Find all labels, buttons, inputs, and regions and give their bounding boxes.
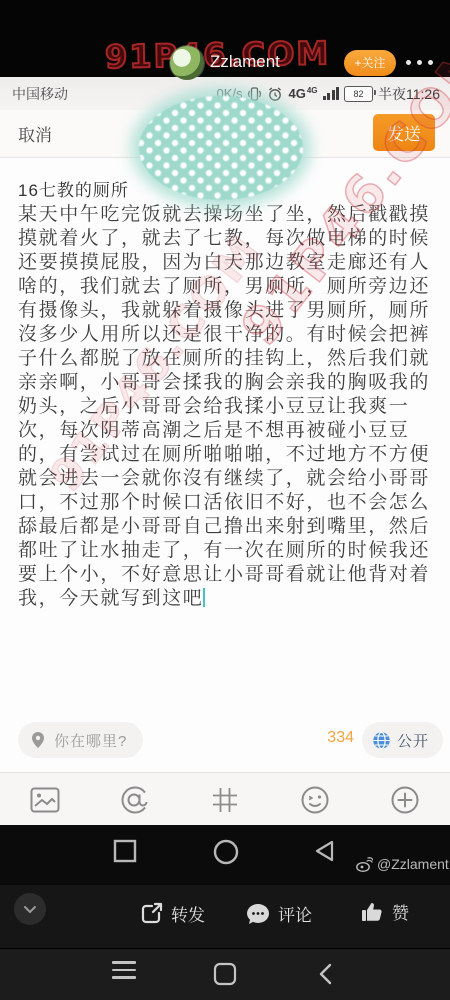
- menu-icon[interactable]: [112, 961, 136, 979]
- weibo-logo-icon: [356, 857, 373, 872]
- text-cursor: [203, 588, 205, 607]
- follow-button[interactable]: +关注: [344, 50, 396, 76]
- location-button[interactable]: 你在哪里?: [18, 722, 143, 758]
- collapse-button[interactable]: [14, 893, 46, 925]
- alarm-icon: [267, 86, 283, 102]
- emoji-icon[interactable]: [295, 780, 335, 820]
- weibo-action-bar: 转发 评论 赞: [0, 885, 450, 948]
- post-title[interactable]: 16七教的厕所: [18, 176, 129, 201]
- username[interactable]: Zzlament: [210, 52, 280, 72]
- back-icon[interactable]: [313, 839, 337, 863]
- post-body-text: 某天中午吃完饭就去操场坐了坐，然后戳戳摸摸就着火了，就去了七教，每次做电梯的时候…: [18, 203, 430, 609]
- post-body-textarea[interactable]: 某天中午吃完饭就去操场坐了坐，然后戳戳摸摸就着火了，就去了七教，每次做电梯的时候…: [18, 202, 432, 610]
- like-button[interactable]: 赞: [360, 899, 409, 924]
- globe-icon: [372, 731, 391, 750]
- forward-button[interactable]: 转发: [140, 901, 205, 926]
- carrier-label: 中国移动: [12, 84, 68, 104]
- forward-icon: [140, 902, 163, 925]
- send-button[interactable]: 发送: [373, 114, 435, 151]
- back-chevron-icon[interactable]: [316, 961, 334, 987]
- comment-label: 评论: [278, 901, 312, 926]
- battery-icon: 82: [344, 86, 373, 102]
- comment-button[interactable]: 评论: [246, 901, 312, 926]
- weibo-handle: @Zzlament: [377, 856, 449, 872]
- screen: 91P46.COM Zzlament +关注 中国移动 0K/s 4G 4G 8…: [0, 0, 450, 1000]
- home-icon[interactable]: [213, 839, 239, 865]
- android-nav-bar: @Zzlament: [0, 825, 450, 885]
- location-label: 你在哪里?: [54, 730, 127, 751]
- polkadot-sticker: [139, 96, 303, 200]
- thumbs-up-icon: [360, 900, 384, 924]
- forward-label: 转发: [171, 901, 205, 926]
- char-counter: 334: [320, 729, 354, 747]
- recents-icon[interactable]: [113, 839, 137, 863]
- top-overlay-bar: 91P46.COM Zzlament +关注: [0, 0, 450, 78]
- chevron-down-icon: [23, 905, 37, 914]
- device-nav-bar: [0, 948, 450, 1000]
- composer: 取消 发送 16七教的厕所 某天中午吃完饭就去操场坐了坐，然后戳戳摸摸就着火了，…: [0, 110, 450, 772]
- image-icon[interactable]: [25, 780, 65, 820]
- plus-icon[interactable]: [385, 780, 425, 820]
- visibility-button[interactable]: 公开: [362, 722, 443, 758]
- like-label: 赞: [392, 899, 409, 924]
- location-pin-icon: [30, 731, 46, 749]
- mention-icon[interactable]: [115, 780, 155, 820]
- signal-bars-icon: [323, 87, 340, 100]
- cancel-button[interactable]: 取消: [18, 121, 52, 146]
- avatar[interactable]: [170, 46, 204, 80]
- home-square-icon[interactable]: [212, 961, 238, 987]
- comment-icon: [246, 903, 270, 925]
- clock-label: 半夜11:26: [378, 84, 440, 104]
- network-indicator: 4G 4G: [288, 86, 317, 101]
- compose-toolbar: [0, 772, 450, 826]
- weibo-watermark: @Zzlament: [356, 856, 449, 872]
- visibility-label: 公开: [397, 730, 429, 751]
- more-icon[interactable]: [406, 60, 433, 65]
- topic-icon[interactable]: [205, 780, 245, 820]
